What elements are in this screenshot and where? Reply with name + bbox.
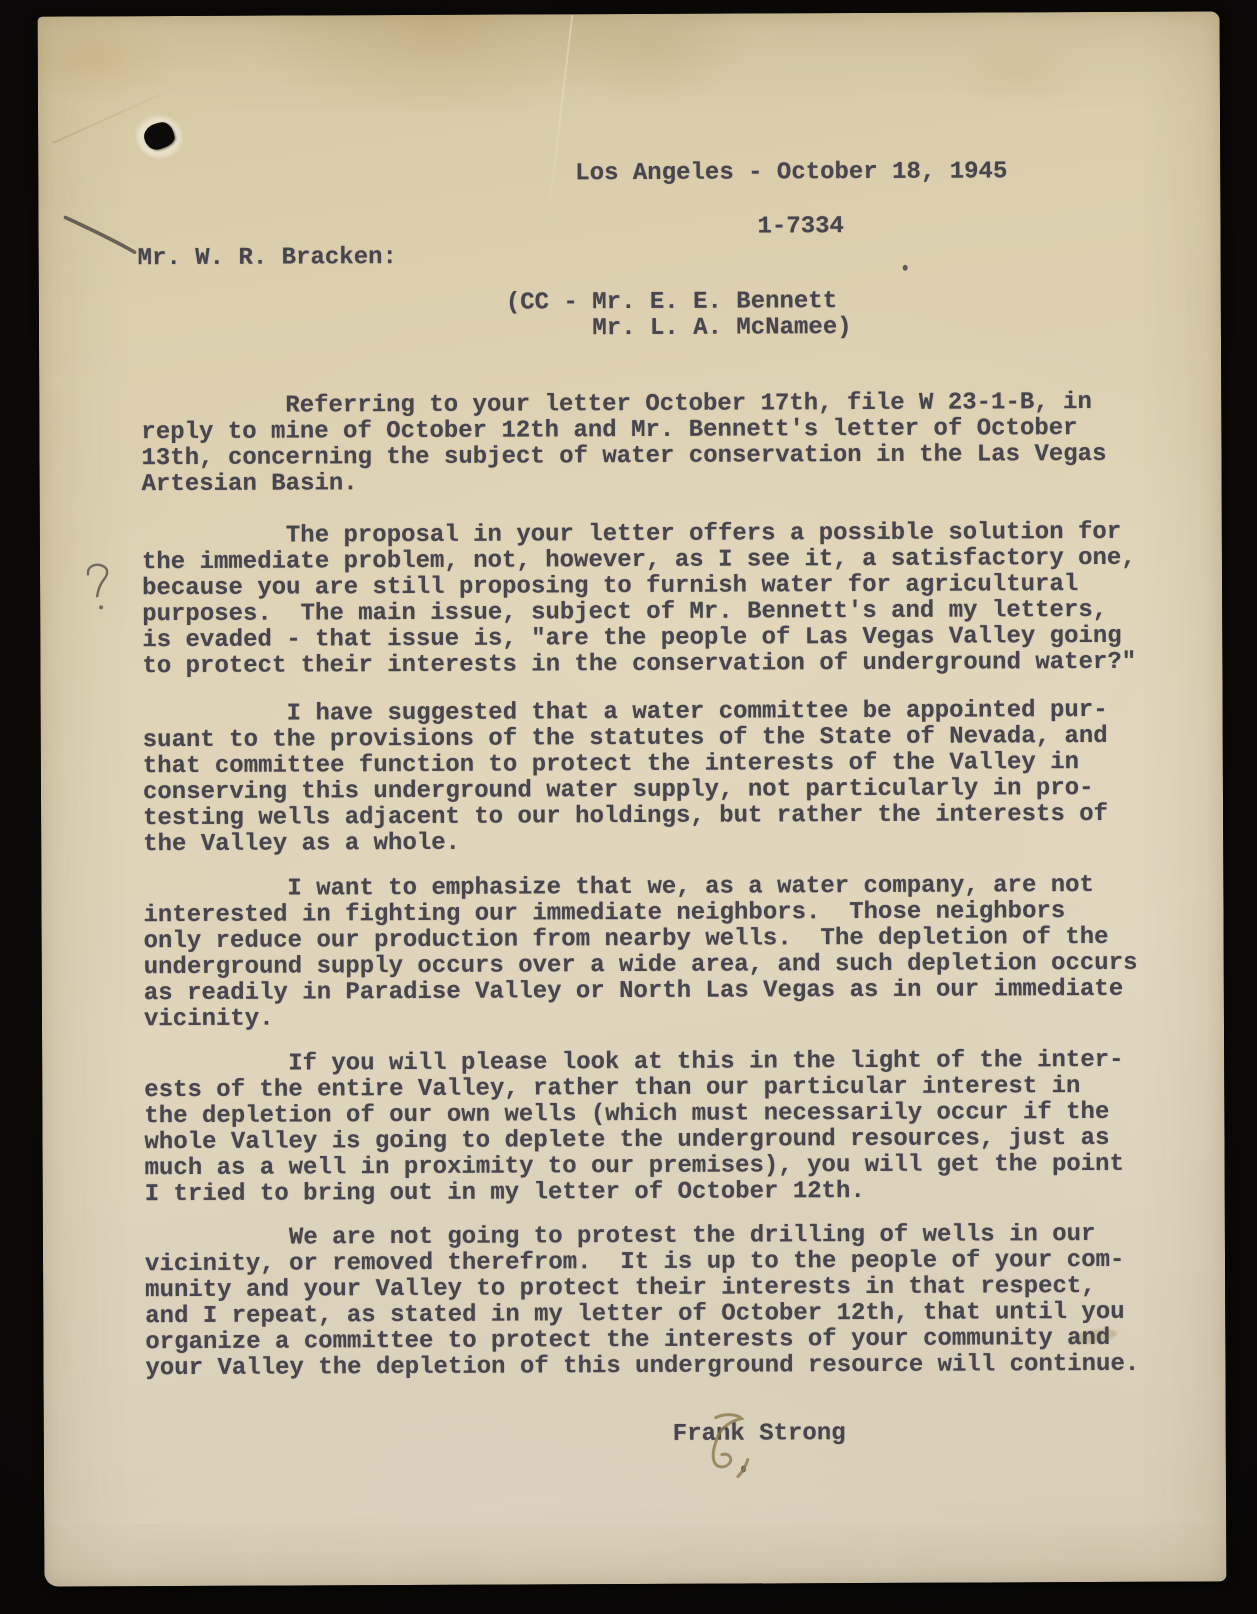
letter-paragraph: We are not going to protest the drilling…	[145, 1222, 1139, 1382]
recipient-line: Mr. W. R. Bracken:	[138, 245, 397, 272]
letter-paragraph: Referring to your letter October 17th, f…	[141, 390, 1106, 498]
punch-hole-void	[142, 120, 177, 152]
letter-paragraph: I want to emphasize that we, as a water …	[143, 873, 1137, 1033]
letter-paragraph: If you will please look at this in the l…	[144, 1048, 1124, 1208]
ink-speck	[903, 265, 908, 271]
paper-crease	[545, 15, 573, 239]
letter-page: Los Angeles - October 18, 1945 1-7334 Mr…	[38, 11, 1227, 1586]
pencil-check-mark	[62, 214, 140, 258]
handwritten-initials	[700, 1411, 760, 1481]
margin-question-mark	[84, 561, 114, 613]
punch-hole	[135, 115, 183, 159]
cc-block: (CC - Mr. E. E. Bennett Mr. L. A. McName…	[506, 289, 852, 343]
file-number: 1-7334	[757, 214, 844, 240]
letter-paragraph: The proposal in your letter offers a pos…	[142, 520, 1136, 680]
dateline: Los Angeles - October 18, 1945	[575, 159, 1007, 187]
letter-paragraph: I have suggested that a water committee …	[143, 698, 1109, 858]
scan-background: Los Angeles - October 18, 1945 1-7334 Mr…	[0, 0, 1257, 1614]
